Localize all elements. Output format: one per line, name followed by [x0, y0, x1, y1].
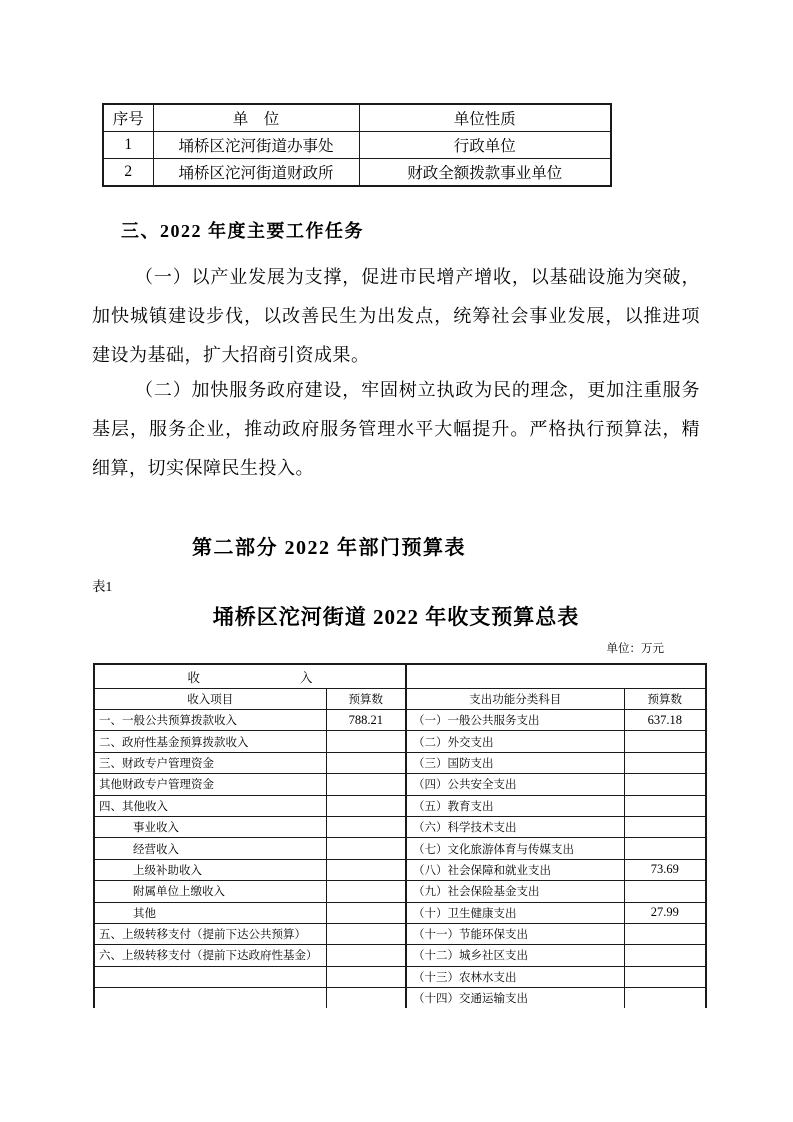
expense-item-cell: （五）教育支出: [406, 795, 624, 816]
table-row: 三、财政专户管理资金 （三）国防支出: [94, 752, 706, 773]
income-item-cell: 三、财政专户管理资金: [94, 752, 326, 773]
expense-amount-cell: 27.99: [624, 902, 706, 923]
column-header-row: 收入项目 预算数 支出功能分类科目 预算数: [94, 689, 706, 710]
expense-item-cell: （一）一般公共服务支出: [406, 710, 624, 731]
income-item-cell: 经营收入: [94, 838, 326, 859]
table-label: 表1: [92, 575, 112, 595]
document-page: 序号 单 位 单位性质 1 埇桥区沱河街道办事处 行政单位 2 埇桥区沱河街道财…: [0, 0, 793, 1122]
expense-item-cell: （十二）城乡社区支出: [406, 945, 624, 966]
expense-amount-cell: [624, 988, 706, 1009]
expense-item-cell: （十）卫生健康支出: [406, 902, 624, 923]
table-row: 四、其他收入 （五）教育支出: [94, 795, 706, 816]
expense-item-cell: （三）国防支出: [406, 752, 624, 773]
income-amount-cell: [326, 902, 406, 923]
income-amount-cell: [326, 816, 406, 837]
income-amount-cell: [326, 752, 406, 773]
income-item-cell: 五、上级转移支付（提前下达公共预算）: [94, 923, 326, 944]
table-row: 其他 （十）卫生健康支出 27.99: [94, 902, 706, 923]
table-row: 1 埇桥区沱河街道办事处 行政单位: [103, 132, 611, 159]
unit-note: 单位：万元: [92, 640, 700, 656]
expense-amount-cell: [624, 795, 706, 816]
income-amount-cell: [326, 795, 406, 816]
unit-list-table: 序号 单 位 单位性质 1 埇桥区沱河街道办事处 行政单位 2 埇桥区沱河街道财…: [102, 103, 612, 187]
expense-amount-cell: [624, 945, 706, 966]
expense-item-cell: （二）外交支出: [406, 731, 624, 752]
table-row: 事业收入 （六）科学技术支出: [94, 816, 706, 837]
income-item-cell: 事业收入: [94, 816, 326, 837]
table-row: 附属单位上缴收入 （九）社会保险基金支出: [94, 881, 706, 902]
expense-item-cell: （四）公共安全支出: [406, 774, 624, 795]
expense-amount-cell: 73.69: [624, 859, 706, 880]
table-row: （十四）交通运输支出: [94, 988, 706, 1009]
table-row: 五、上级转移支付（提前下达公共预算） （十一）节能环保支出: [94, 923, 706, 944]
expense-item-cell: （十三）农林水支出: [406, 966, 624, 987]
income-item-cell: 六、上级转移支付（提前下达政府性基金）: [94, 945, 326, 966]
income-item-cell: 一、一般公共预算拨款收入: [94, 710, 326, 731]
paragraph-line: 加快城镇建设步伐，以改善民生为出发点，统筹社会事业发展，以推进项目: [92, 297, 700, 336]
expense-amount-cell: [624, 966, 706, 987]
paragraph-line: （一）以产业发展为支撑，促进市民增产增收，以基础设施为突破，: [92, 258, 700, 297]
budget-table-title: 埇桥区沱河街道 2022 年收支预算总表: [92, 601, 700, 631]
unit-row-no: 1: [103, 132, 153, 159]
expense-item-cell: （十四）交通运输支出: [406, 988, 624, 1009]
table-row: 一、一般公共预算拨款收入 788.21 （一）一般公共服务支出 637.18: [94, 710, 706, 731]
expense-item-cell: （九）社会保险基金支出: [406, 881, 624, 902]
unit-table-header-nature: 单位性质: [359, 104, 611, 132]
unit-row-name: 埇桥区沱河街道财政所: [153, 159, 359, 187]
income-item-cell: 二、政府性基金预算拨款收入: [94, 731, 326, 752]
expense-item-cell: （七）文化旅游体育与传媒支出: [406, 838, 624, 859]
income-item-cell: 上级补助收入: [94, 859, 326, 880]
table-row: （十三）农林水支出: [94, 966, 706, 987]
expense-item-cell: （十一）节能环保支出: [406, 923, 624, 944]
part2-heading: 第二部分 2022 年部门预算表: [192, 531, 466, 560]
col-header-income-amt: 预算数: [326, 689, 406, 710]
paragraph-line: 建设为基础，扩大招商引资成果。: [92, 336, 700, 375]
expense-amount-cell: [624, 752, 706, 773]
unit-table-header-row: 序号 单 位 单位性质: [103, 104, 611, 132]
income-amount-cell: [326, 838, 406, 859]
expense-item-cell: （六）科学技术支出: [406, 816, 624, 837]
paragraph-line: 细算，切实保障民生投入。: [92, 449, 700, 488]
expense-amount-cell: [624, 881, 706, 902]
table-row: 六、上级转移支付（提前下达政府性基金） （十二）城乡社区支出: [94, 945, 706, 966]
col-header-expense-item: 支出功能分类科目: [406, 689, 624, 710]
table-row: 上级补助收入 （八）社会保障和就业支出 73.69: [94, 859, 706, 880]
paragraph-line: （二）加快服务政府建设，牢固树立执政为民的理念，更加注重服务: [92, 371, 700, 410]
income-amount-cell: [326, 923, 406, 944]
income-item-cell: [94, 966, 326, 987]
paragraph-2: （二）加快服务政府建设，牢固树立执政为民的理念，更加注重服务 基层，服务企业，推…: [92, 371, 700, 488]
income-item-cell: 其他财政专户管理资金: [94, 774, 326, 795]
income-amount-cell: [326, 774, 406, 795]
col-header-expense-amt: 预算数: [624, 689, 706, 710]
unit-row-name: 埇桥区沱河街道办事处: [153, 132, 359, 159]
income-amount-cell: [326, 966, 406, 987]
expense-amount-cell: [624, 774, 706, 795]
income-item-cell: 四、其他收入: [94, 795, 326, 816]
unit-row-no: 2: [103, 159, 153, 187]
table-row: 其他财政专户管理资金 （四）公共安全支出: [94, 774, 706, 795]
expense-amount-cell: [624, 731, 706, 752]
income-section-header: 收 入: [94, 664, 406, 689]
expense-amount-cell: [624, 816, 706, 837]
unit-table-header-no: 序号: [103, 104, 153, 132]
section-header-row: 收 入: [94, 664, 706, 689]
expense-amount-cell: [624, 923, 706, 944]
col-header-income-item: 收入项目: [94, 689, 326, 710]
income-amount-cell: [326, 988, 406, 1009]
income-amount-cell: [326, 859, 406, 880]
unit-row-nature: 财政全额拨款事业单位: [359, 159, 611, 187]
income-amount-cell: [326, 731, 406, 752]
unit-row-nature: 行政单位: [359, 132, 611, 159]
table-row: 2 埇桥区沱河街道财政所 财政全额拨款事业单位: [103, 159, 611, 187]
table-row: 二、政府性基金预算拨款收入 （二）外交支出: [94, 731, 706, 752]
income-amount-cell: 788.21: [326, 710, 406, 731]
paragraph-1: （一）以产业发展为支撑，促进市民增产增收，以基础设施为突破， 加快城镇建设步伐，…: [92, 258, 700, 375]
paragraph-line: 基层，服务企业，推动政府服务管理水平大幅提升。严格执行预算法，精打: [92, 410, 700, 449]
expense-section-header: [406, 664, 706, 689]
expense-amount-cell: [624, 838, 706, 859]
section-heading: 三、2022 年度主要工作任务: [92, 217, 700, 243]
income-item-cell: 其他: [94, 902, 326, 923]
income-amount-cell: [326, 945, 406, 966]
income-item-cell: 附属单位上缴收入: [94, 881, 326, 902]
income-amount-cell: [326, 881, 406, 902]
table-row: 经营收入 （七）文化旅游体育与传媒支出: [94, 838, 706, 859]
unit-table-header-unit: 单 位: [153, 104, 359, 132]
expense-amount-cell: 637.18: [624, 710, 706, 731]
expense-item-cell: （八）社会保障和就业支出: [406, 859, 624, 880]
income-item-cell: [94, 988, 326, 1009]
budget-summary-table: 收 入 收入项目 预算数 支出功能分类科目 预算数 一、一般公共预算拨款收入 7…: [93, 663, 707, 1008]
